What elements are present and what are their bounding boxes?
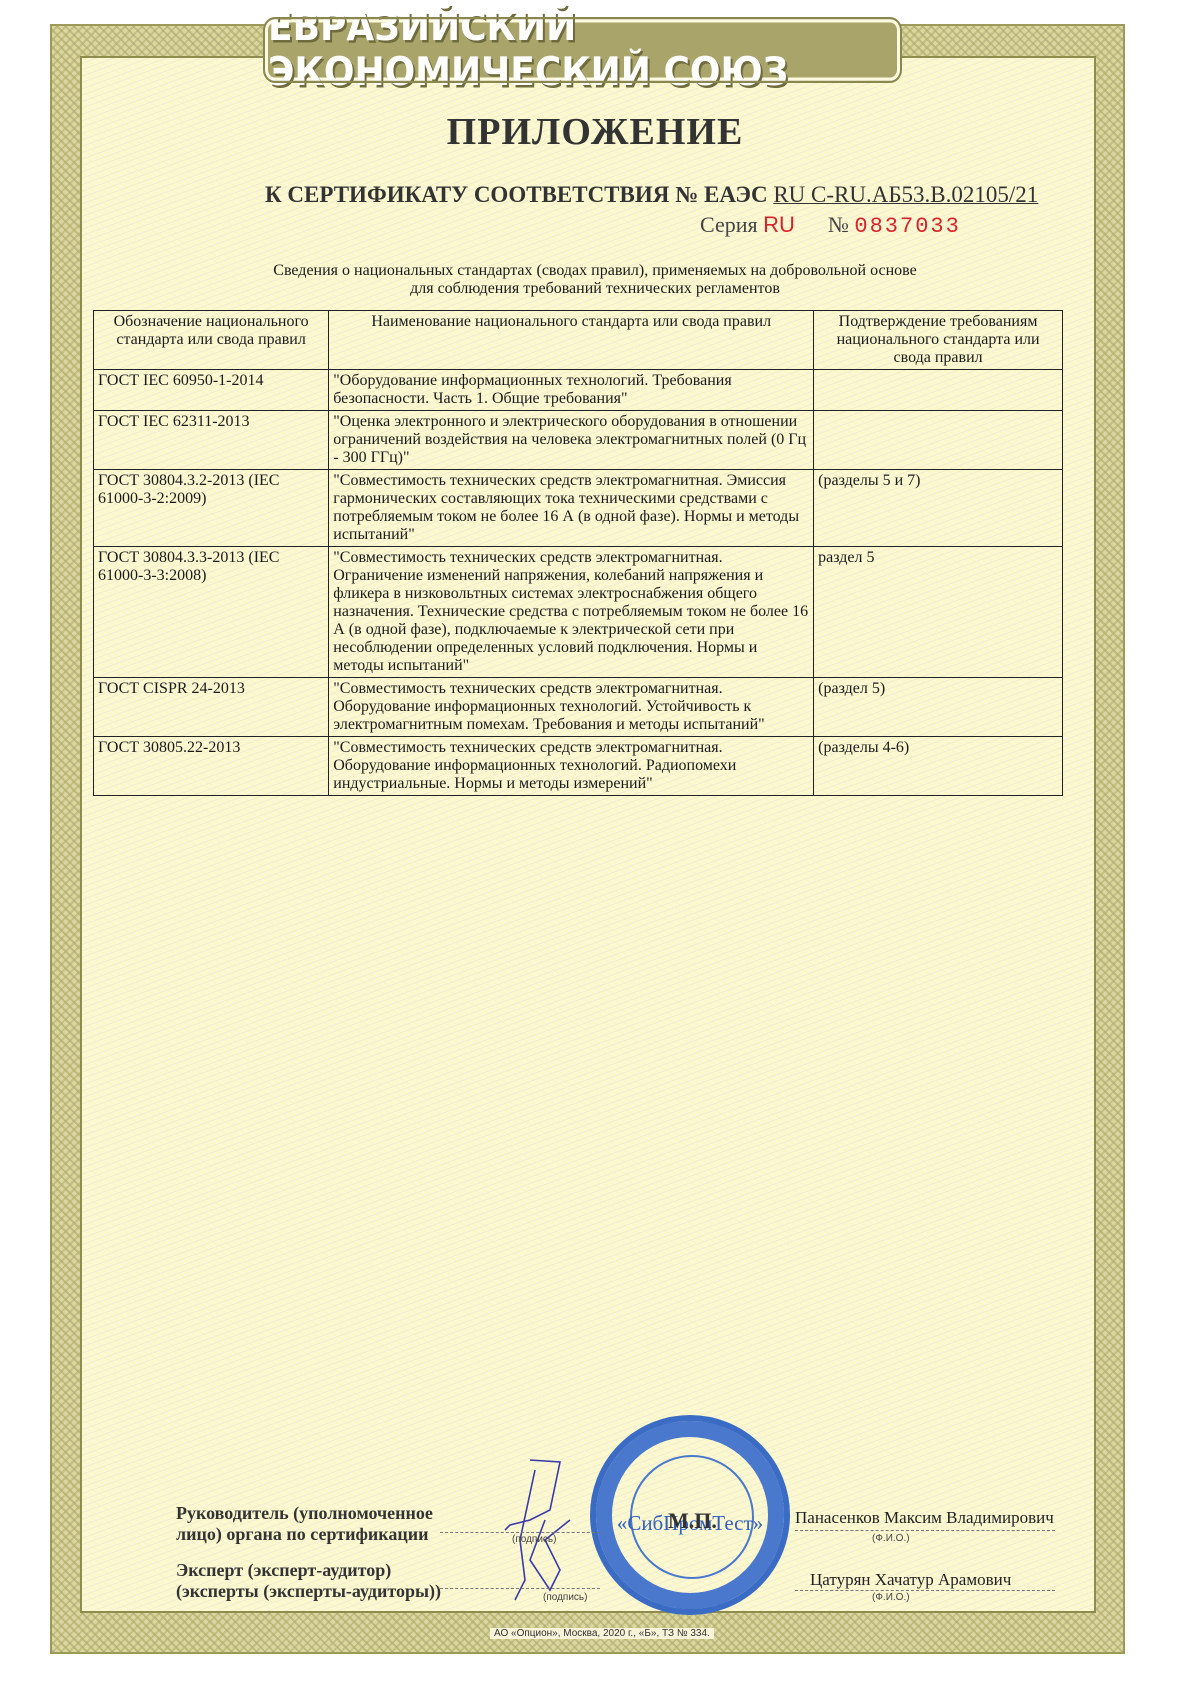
header-designation: Обозначение национального стандарта или …	[94, 311, 329, 370]
cell-designation: ГОСТ CISPR 24-2013	[94, 678, 329, 737]
header-confirmation: Подтверждение требованиям национального …	[814, 311, 1063, 370]
cell-designation: ГОСТ 30804.3.3-2013 (IEC 61000-3-3:2008)	[94, 547, 329, 678]
intro-line-2: для соблюдения требований технических ре…	[0, 280, 1190, 298]
head-signature-line	[440, 1532, 600, 1533]
series-label: Серия	[700, 212, 758, 237]
head-name-caption: (Ф.И.О.)	[872, 1533, 910, 1544]
cell-confirmation	[814, 370, 1063, 411]
cell-designation: ГОСТ IEC 60950-1-2014	[94, 370, 329, 411]
cell-name: "Оборудование информационных технологий.…	[329, 370, 814, 411]
intro-text: Сведения о национальных стандартах (свод…	[0, 262, 1190, 298]
head-signature-caption: (подпись)	[512, 1534, 556, 1545]
expert-label: Эксперт (эксперт-аудитор) (эксперты (экс…	[176, 1560, 441, 1602]
form-number: 0837033	[854, 214, 960, 239]
expert-name: Цатурян Хачатур Арамович	[810, 1570, 1011, 1590]
cell-confirmation: (разделы 5 и 7)	[814, 470, 1063, 547]
header-banner: ЕВРАЗИЙСКИЙ ЭКОНОМИЧЕСКИЙ СОЮЗ	[265, 19, 900, 81]
table-row: ГОСТ CISPR 24-2013 "Совместимость технич…	[94, 678, 1063, 737]
expert-signature-line	[440, 1588, 600, 1589]
cell-name: "Совместимость технических средств элект…	[329, 547, 814, 678]
expert-label-line-1: Эксперт (эксперт-аудитор)	[176, 1560, 441, 1581]
head-name-line	[795, 1530, 1055, 1531]
table-row: ГОСТ 30804.3.3-2013 (IEC 61000-3-3:2008)…	[94, 547, 1063, 678]
expert-label-line-2: (эксперты (эксперты-аудиторы))	[176, 1581, 441, 1602]
table-row: ГОСТ IEC 62311-2013 "Оценка электронного…	[94, 411, 1063, 470]
expert-signature-caption: (подпись)	[543, 1592, 587, 1603]
printer-imprint: АО «Опцион», Москва, 2020 г., «Б», ТЗ № …	[490, 1628, 714, 1639]
seal-label: М.П.	[668, 1508, 717, 1534]
cell-name: "Совместимость технических средств элект…	[329, 678, 814, 737]
head-label-line-2: лицо) органа по сертификации	[176, 1524, 433, 1545]
series-line: Серия RU № 0837033	[700, 212, 961, 239]
certificate-subtitle: К СЕРТИФИКАТУ СООТВЕТСТВИЯ № ЕАЭС RU C-R…	[265, 182, 1038, 208]
subtitle-prefix: К СЕРТИФИКАТУ СООТВЕТСТВИЯ № ЕАЭС	[265, 182, 768, 207]
cell-confirmation: (раздел 5)	[814, 678, 1063, 737]
cell-confirmation	[814, 411, 1063, 470]
expert-name-line	[795, 1590, 1055, 1591]
table-row: ГОСТ 30805.22-2013 "Совместимость технич…	[94, 737, 1063, 796]
intro-line-1: Сведения о национальных стандартах (свод…	[0, 262, 1190, 280]
cell-name: "Оценка электронного и электрического об…	[329, 411, 814, 470]
head-label-line-1: Руководитель (уполномоченное	[176, 1503, 433, 1524]
head-label: Руководитель (уполномоченное лицо) орган…	[176, 1503, 433, 1545]
series-value: RU	[763, 212, 795, 237]
standards-table: Обозначение национального стандарта или …	[93, 310, 1063, 796]
cell-name: "Совместимость технических средств элект…	[329, 737, 814, 796]
cell-name: "Совместимость технических средств элект…	[329, 470, 814, 547]
header-name: Наименование национального стандарта или…	[329, 311, 814, 370]
table-header-row: Обозначение национального стандарта или …	[94, 311, 1063, 370]
cell-designation: ГОСТ 30804.3.2-2013 (IEC 61000-3-2:2009)	[94, 470, 329, 547]
certificate-number: RU C-RU.АБ53.В.02105/21	[773, 182, 1038, 207]
expert-name-caption: (Ф.И.О.)	[872, 1592, 910, 1603]
cell-designation: ГОСТ 30805.22-2013	[94, 737, 329, 796]
cell-confirmation: раздел 5	[814, 547, 1063, 678]
cell-designation: ГОСТ IEC 62311-2013	[94, 411, 329, 470]
table-row: ГОСТ IEC 60950-1-2014 "Оборудование инфо…	[94, 370, 1063, 411]
signature-icon	[490, 1450, 580, 1610]
head-name: Панасенков Максим Владимирович	[795, 1508, 1054, 1528]
page-title: ПРИЛОЖЕНИЕ	[0, 110, 1190, 154]
number-label: №	[828, 212, 849, 237]
table-row: ГОСТ 30804.3.2-2013 (IEC 61000-3-2:2009)…	[94, 470, 1063, 547]
cell-confirmation: (разделы 4-6)	[814, 737, 1063, 796]
